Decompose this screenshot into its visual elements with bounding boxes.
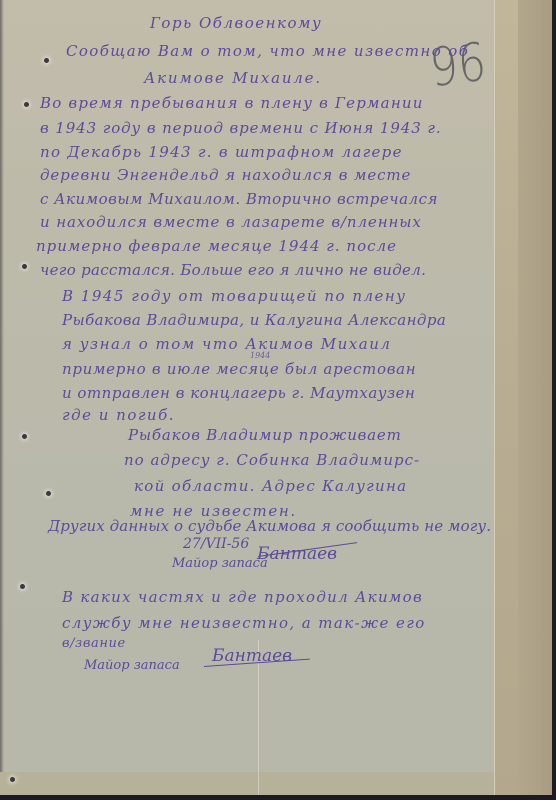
right-binding-strip <box>494 0 519 795</box>
letter-line: примерно в июле месяце был арестован <box>62 360 416 378</box>
letter-line: Рыбаков Владимир проживает <box>128 426 402 444</box>
letter-line: Сообщаю Вам о том, что мне известно об <box>66 42 469 60</box>
left-edge-shadow <box>0 0 4 795</box>
punch-hole-icon <box>20 584 25 589</box>
letter-line: кой области. Адрес Калугина <box>134 477 407 495</box>
punch-hole-icon <box>44 58 49 63</box>
letter-line: с Акимовым Михаилом. Вторично встречался <box>40 190 438 208</box>
addressee: Горь Облвоенкому <box>150 14 322 32</box>
punch-hole-icon <box>10 777 15 782</box>
letter-line: по адресу г. Собинка Владимирс- <box>124 451 420 469</box>
punch-hole-icon <box>22 434 27 439</box>
letter-line: деревни Энгендельд я находился в месте <box>40 166 411 184</box>
punch-hole-icon <box>24 102 29 107</box>
postscript-line: В каких частях и где проходил Акимов <box>62 588 423 606</box>
postscript-line: в/звание <box>62 636 126 651</box>
right-paper-edge <box>518 0 552 795</box>
letter-line: Других данных о судьбе Акимова я сообщит… <box>48 517 491 535</box>
letter-line: и находился вместе в лазарете в/пленных <box>40 213 422 231</box>
signer-title: Майор запаса <box>172 556 268 571</box>
letter-line: чего расстался. Больше его я лично не ви… <box>40 261 426 279</box>
letter-line: в 1943 году в период времени с Июня 1943… <box>40 119 442 137</box>
letter-line: где и погиб. <box>62 406 175 424</box>
letter-sheet: 96 Горь Облвоенкому Сообщаю Вам о том, ч… <box>0 0 552 795</box>
letter-line: Акимове Михаиле. <box>144 69 322 87</box>
letter-line: Рыбакова Владимира, и Калугина Александр… <box>62 311 446 329</box>
bottom-paper-band <box>0 772 494 795</box>
letter-line: и отправлен в концлагерь г. Маутхаузен <box>62 384 415 402</box>
letter-line: по Декабрь 1943 г. в штрафном лагере <box>40 143 403 161</box>
postscript-line: службу мне неизвестно, а так-же его <box>62 614 426 632</box>
insertion-year: 1944 <box>250 351 270 360</box>
signature-date: 27/VII-56 <box>183 536 249 552</box>
punch-hole-icon <box>22 264 27 269</box>
letter-line: В 1945 году от товарищей по плену <box>62 287 406 305</box>
letter-line: я узнал о том что Акимов Михаил <box>62 335 391 353</box>
letter-line: Во время пребывания в плену в Германии <box>40 94 424 112</box>
punch-hole-icon <box>46 491 51 496</box>
letter-line: примерно феврале месяце 1944 г. после <box>36 237 397 255</box>
signer-title-2: Майор запаса <box>84 658 180 673</box>
